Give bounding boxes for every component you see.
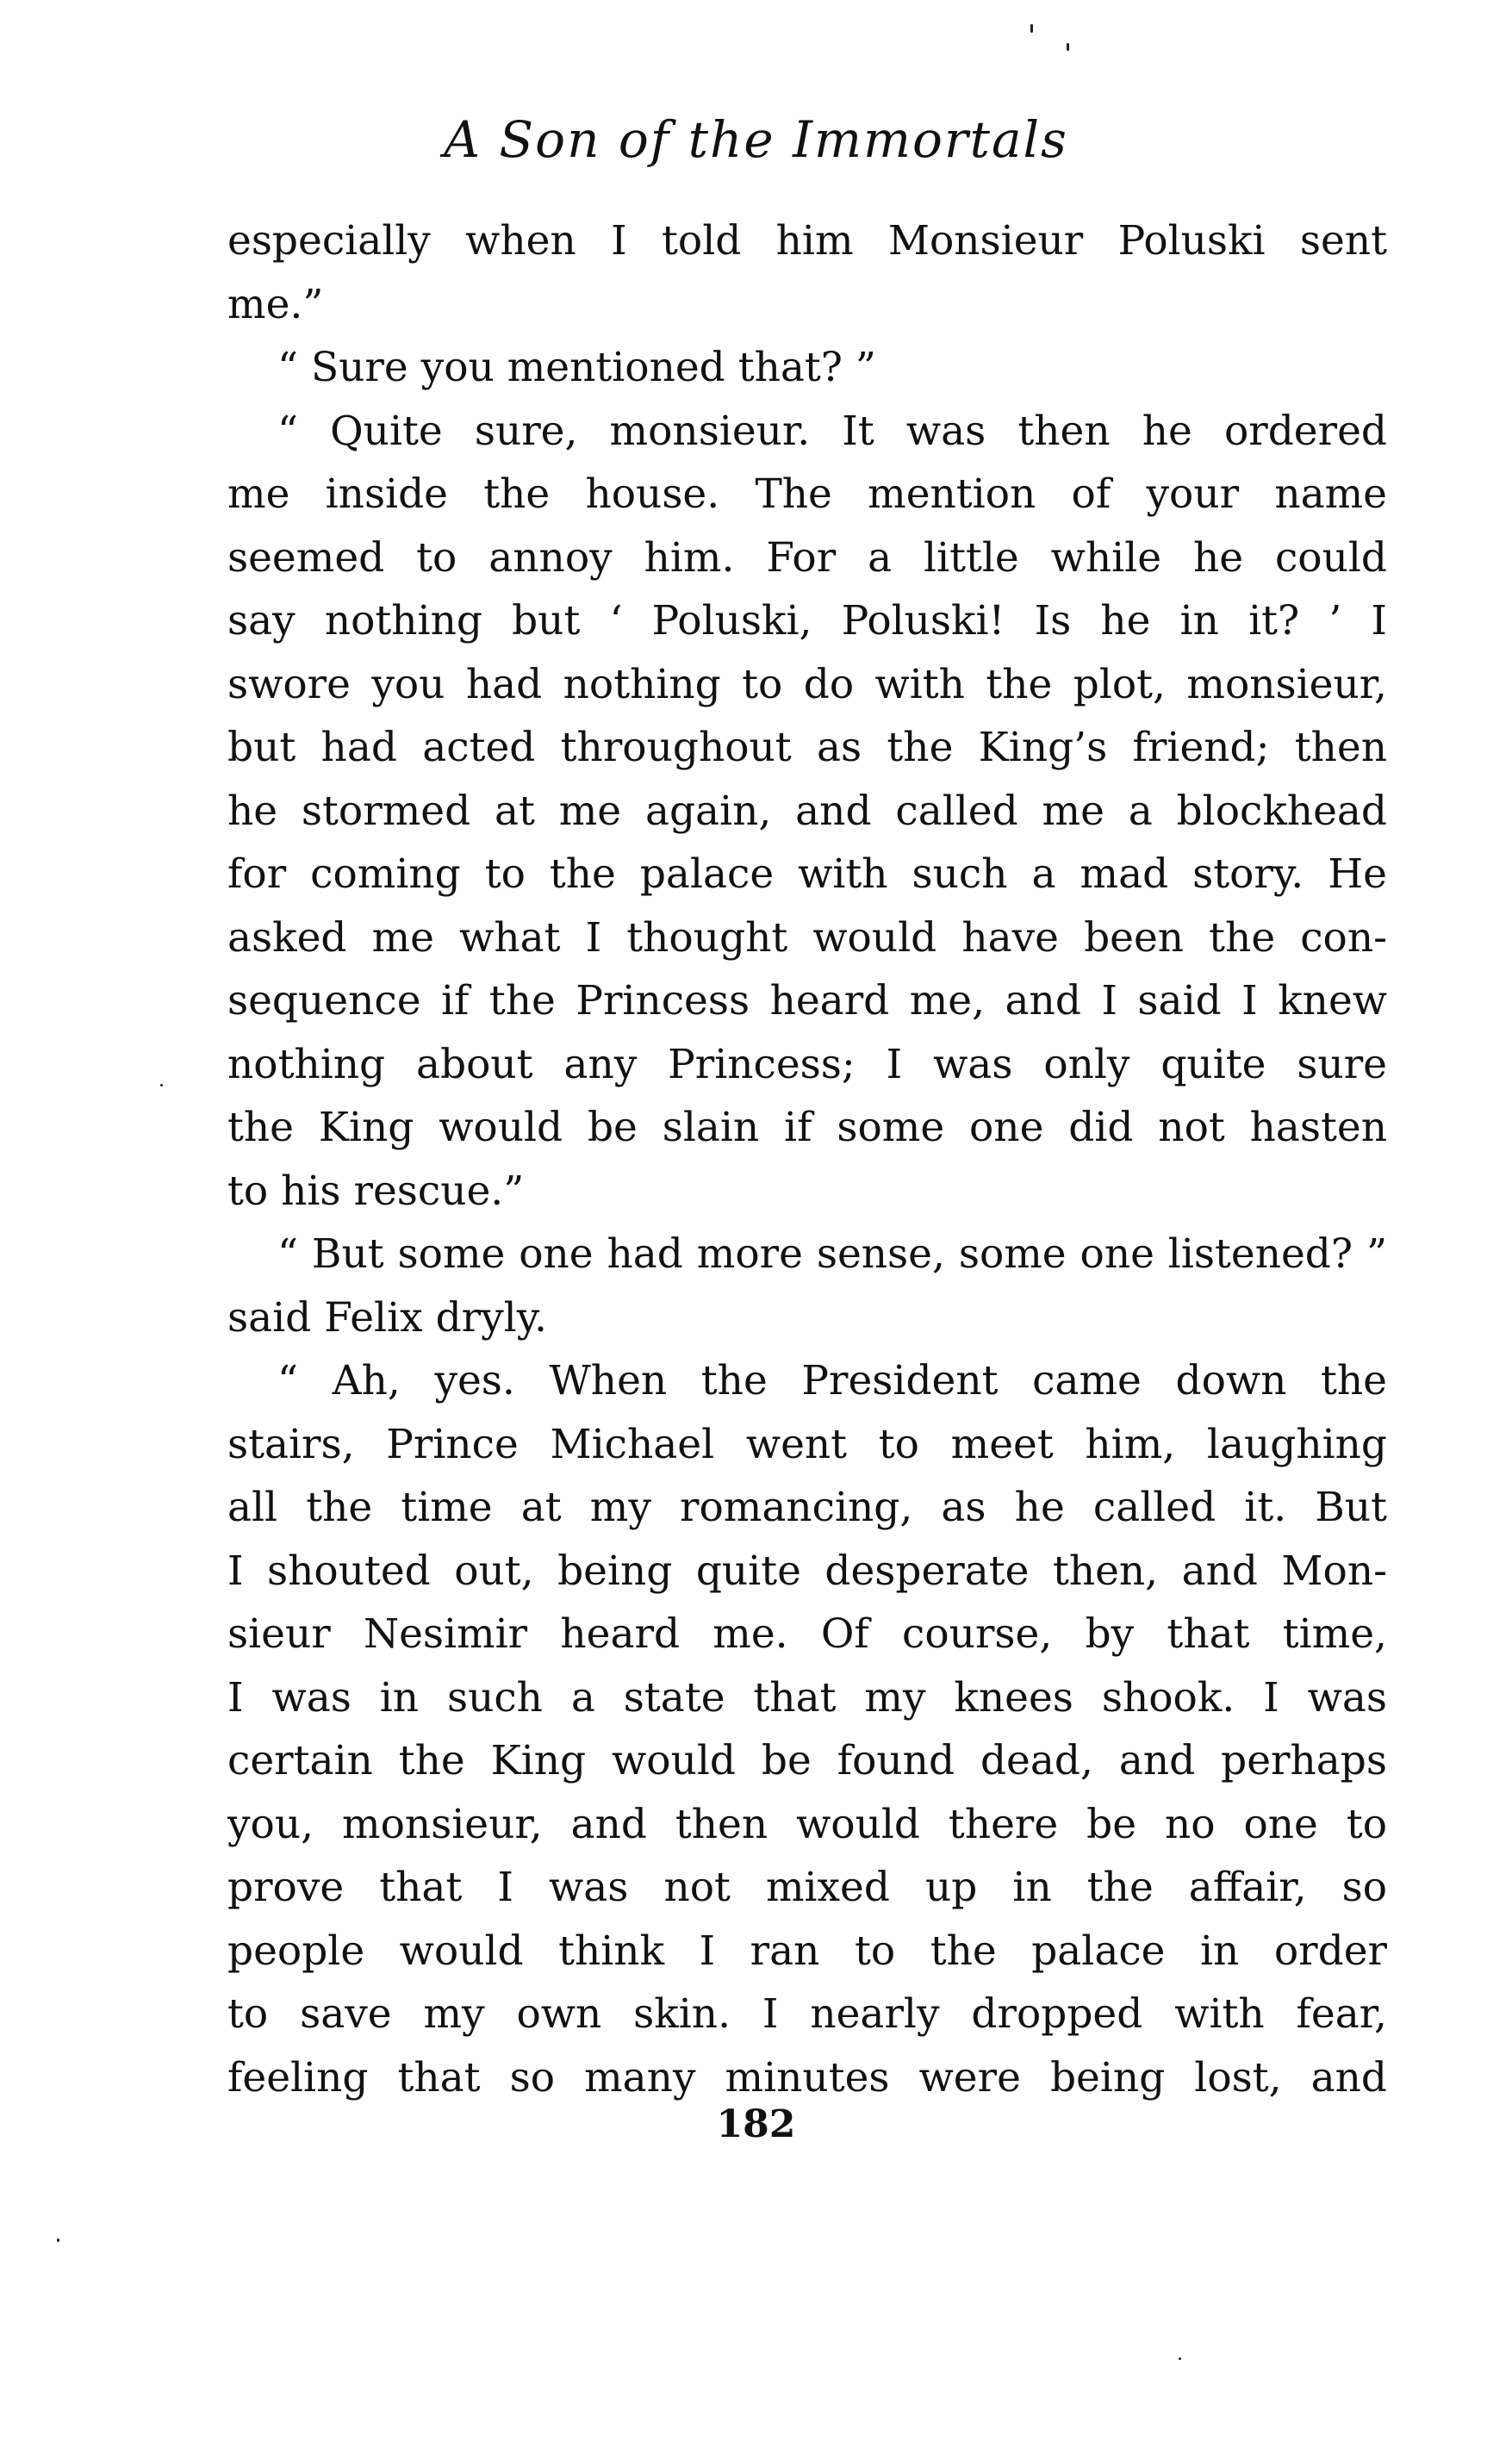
text-line: prove that I was not mixed up in the aff… [227,1856,1387,1920]
text-line: asked me what I thought would have been … [227,906,1387,970]
scan-speck [1030,24,1033,33]
text-line: stairs, Prince Michael went to meet him,… [227,1413,1387,1477]
scan-speck [160,1084,163,1087]
text-line: “ Ah, yes. When the President came down … [227,1349,1387,1413]
scan-speck [1179,2357,1181,2360]
text-line: seemed to annoy him. For a little while … [227,526,1387,590]
text-line: sequence if the Princess heard me, and I… [227,969,1387,1033]
scan-speck [1067,43,1069,51]
text-line: he stormed at me again, and called me a … [227,780,1387,844]
text-line: me.” [227,273,1387,337]
text-line: me inside the house. The mention of your… [227,463,1387,526]
text-line: but had acted throughout as the King’s f… [227,716,1387,780]
running-title: A Son of the Immortals [0,110,1512,169]
text-line: especially when I told him Monsieur Polu… [227,209,1387,273]
scan-speck [57,2238,59,2242]
text-line: nothing about any Princess; I was only q… [227,1033,1387,1097]
text-line: to save my own skin. I nearly dropped wi… [227,1983,1387,2046]
text-line: swore you had nothing to do with the plo… [227,653,1387,717]
text-line: I shouted out, being quite desperate the… [227,1540,1387,1603]
text-line: say nothing but ‘ Poluski, Poluski! Is h… [227,589,1387,653]
text-line: certain the King would be found dead, an… [227,1729,1387,1793]
text-line: you, monsieur, and then would there be n… [227,1793,1387,1857]
text-line: I was in such a state that my knees shoo… [227,1666,1387,1730]
page-number: 182 [0,2102,1512,2146]
text-line: “ Quite sure, monsieur. It was then he o… [227,400,1387,464]
text-line: said Felix dryly. [227,1286,1387,1350]
text-line: people would think I ran to the palace i… [227,1920,1387,1983]
text-line: “ But some one had more sense, some one … [227,1223,1387,1286]
text-line: feeling that so many minutes were being … [227,2046,1387,2110]
page-body: especially when I told him Monsieur Polu… [227,209,1387,2109]
text-line: the King would be slain if some one did … [227,1096,1387,1160]
text-line: for coming to the palace with such a mad… [227,843,1387,906]
text-line: sieur Nesimir heard me. Of course, by th… [227,1603,1387,1666]
text-line: all the time at my romancing, as he call… [227,1476,1387,1540]
text-line: “ Sure you mentioned that? ” [227,336,1387,400]
text-line: to his rescue.” [227,1160,1387,1223]
